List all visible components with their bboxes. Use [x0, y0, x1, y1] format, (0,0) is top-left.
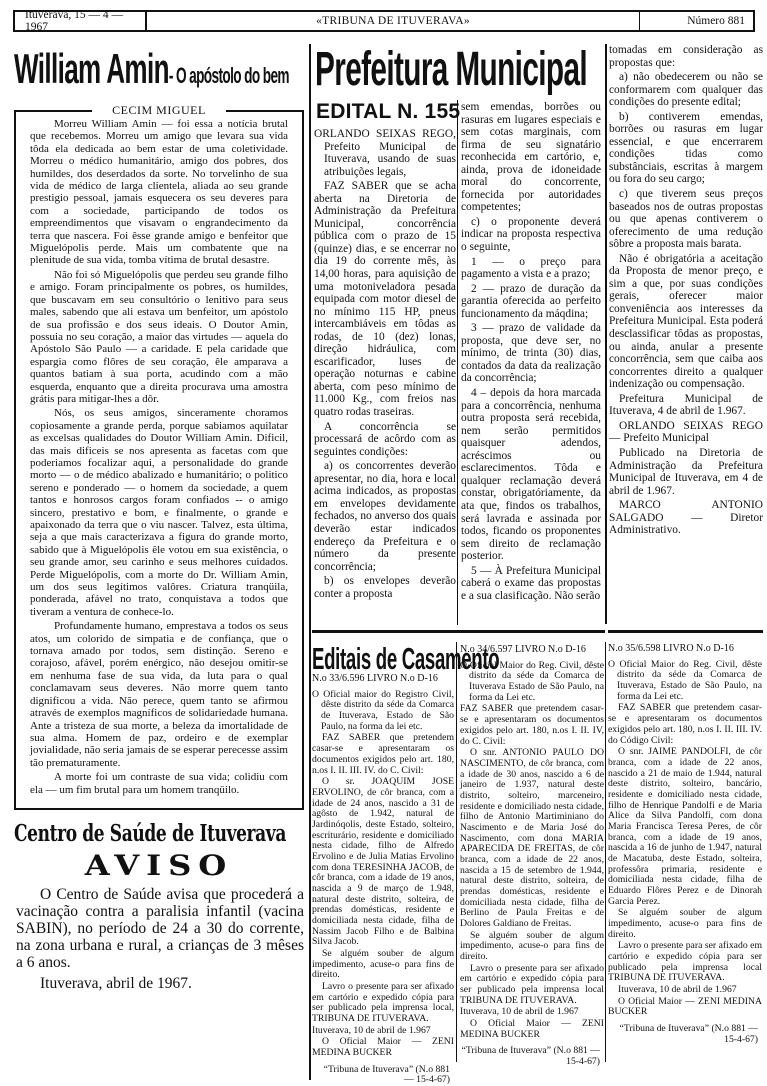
health-notice-body: O Centro de Saúde avisa que procederá a … [16, 886, 304, 971]
notice-date: Ituverava, 10 de abril de 1.967 [460, 1007, 604, 1018]
column-divider [605, 44, 607, 624]
health-notice-signoff: Ituverava, abril de 1967. [16, 975, 304, 992]
edital-paragraph: sem emendas, borrões ou rasuras em lugar… [461, 101, 601, 214]
notice-paragraph: O snr. ANTONIO PAULO DO NASCIMENTO, de c… [460, 748, 604, 929]
marriage-notice: N.o 33/6.596 LIVRO N.o D-16 O Oficial ma… [312, 674, 454, 1086]
notice-paragraph: Lavro o presente para ser afixado em car… [608, 941, 762, 984]
edital-paragraph: 1 — o preço para pagamento a vista e a p… [461, 256, 601, 281]
byline-rule-left [14, 110, 92, 112]
obituary-body: Morreu William Amin — foi essa a notícia… [14, 112, 304, 810]
author-name: CECIM MIGUEL [92, 103, 226, 118]
edital-column-1: ORLANDO SEIXAS REGO, Prefeito Municipal … [314, 128, 456, 602]
edital-paragraph: a) não obedecerem ou não se conformarem … [609, 71, 763, 109]
notice-paragraph: Se alguém souber de algum impedimento, a… [312, 949, 454, 981]
masthead: Ituverava, 15 — 4 — 1967 «TRIBUNA DE ITU… [13, 10, 755, 32]
edital-paragraph: a) os concorrentes deverão apresentar, n… [314, 460, 456, 573]
byline-rule-right [226, 110, 304, 112]
health-notice-title: Centro de Saúde de Ituverava [14, 820, 229, 847]
edital-paragraph: FAZ SABER que se acha aberta na Diretori… [314, 180, 456, 418]
edital-paragraph: A concorrência se processará de acôrdo c… [314, 421, 456, 459]
column-divider [605, 642, 606, 1062]
issue-number: Número 881 [639, 12, 753, 30]
edital-paragraph: c) que tiverem seus preços baseados nos … [609, 188, 763, 251]
edital-signature: ORLANDO SEIXAS REGO — Prefeito Municipal [609, 420, 763, 445]
edital-paragraph: b) contiverem emendas, borrões ou rasura… [609, 111, 763, 186]
edital-column-3: tomadas em consideração as propostas que… [609, 44, 763, 539]
notice-signature: O Oficial Maior — ZENI MEDINA BUCKER [460, 1019, 604, 1040]
edital-paragraph: 5 — À Prefeitura Municipal caberá o exam… [461, 565, 601, 603]
notice-header: N.o 34/6.597 LIVRO N.o D-16 [460, 645, 604, 656]
obituary-paragraph: Nós, os seus amigos, sinceramente choram… [30, 407, 288, 618]
notice-paragraph: O Oficial Maior do Reg. Civil, dêste dis… [460, 661, 604, 704]
marriage-notice: N.o 34/6.597 LIVRO N.o D-16 O Oficial Ma… [460, 645, 604, 1069]
obituary-paragraph: Não foi só Miguelópolis que perdeu seu g… [30, 269, 288, 405]
edital-paragraph: c) o proponente deverá indicar na propos… [461, 216, 601, 254]
notice-signature: O Oficial Maior — ZENI MEDINA BUCKER [608, 997, 762, 1018]
edital-paragraph: 4 – depois da hora marcada para a concor… [461, 387, 601, 563]
obituary-paragraph: A morte foi um contraste de sua vida; co… [30, 771, 288, 796]
obituary-paragraph: Profundamente humano, emprestava a todos… [30, 620, 288, 769]
edital-paragraph: Prefeitura Municipal de Ituverava, 4 de … [609, 393, 763, 418]
edital-paragraph: Publicado na Diretoria de Administração … [609, 447, 763, 497]
notice-header: N.o 35/6.598 LIVRO N.o D-16 [608, 644, 762, 655]
edital-column-2: sem emendas, borrões ou rasuras em lugar… [461, 101, 601, 604]
notice-paragraph: Se alguém souber de algum impedimento, a… [460, 931, 604, 963]
notice-paragraph: FAZ SABER que pretendem casar-se e apres… [312, 733, 454, 776]
edital-paragraph: b) os envelopes deverão conter a propost… [314, 575, 456, 600]
notice-paragraph: FAZ SABER que pretendem casar-se e apres… [460, 704, 604, 747]
health-notice: Centro de Saúde de Ituverava AVISO O Cen… [14, 820, 304, 992]
notice-paragraph: Lavro o presente para ser afixado em car… [460, 964, 604, 1007]
notice-source: “Tribuna de Ituverava” (N.o 881 — 15-4-6… [460, 1046, 604, 1067]
edital-paragraph: 3 — prazo de validade da proposta, que d… [461, 322, 601, 385]
edital-paragraph: 2 — prazo de duração da garantia ofereci… [461, 283, 601, 321]
notice-header: N.o 33/6.596 LIVRO N.o D-16 [312, 674, 454, 685]
notice-paragraph: O sr. JOAQUIM JOSE ERVOLINO, de côr bran… [312, 777, 454, 948]
notice-source: “Tribuna de Ituverava” (N.o 881 — 15-4-6… [608, 1024, 762, 1045]
marriage-notice: N.o 35/6.598 LIVRO N.o D-16 O Oficial Ma… [608, 644, 762, 1046]
obituary-paragraph: Morreu William Amin — foi essa a notícia… [30, 118, 288, 267]
notice-paragraph: O Oficial Maior do Reg. Civil, dêste dis… [608, 660, 762, 703]
section-divider [608, 630, 763, 633]
obituary-article: William Amin- O apóstolo do bem CECIM MI… [14, 46, 304, 992]
edital-title: EDITAL N. 155 [316, 100, 460, 124]
prefeitura-headline: Prefeitura Municipal [315, 44, 587, 96]
column-divider [309, 44, 311, 1080]
notice-paragraph: O Oficial maior do Registro Civil, dêste… [312, 690, 454, 733]
notice-date: Ituverava, 10 de abril de 1.967 [312, 1026, 454, 1037]
notice-paragraph: Se alguém souber de algum impedimento, a… [608, 908, 762, 940]
section-divider [312, 630, 605, 633]
edital-signature: MARCO ANTONIO SALGADO — Diretor Administ… [609, 499, 763, 537]
notice-paragraph: Lavro o presente para ser afixado em car… [312, 982, 454, 1025]
notice-paragraph: O snr. JAIME PANDOLFI, de côr branca, co… [608, 747, 762, 907]
issue-date: Ituverava, 15 — 4 — 1967 [15, 12, 147, 30]
notice-paragraph: FAZ SABER que pretendem casar-se e apres… [608, 703, 762, 746]
notice-signature: O Oficial Maior — ZENI MEDINA BUCKER [312, 1037, 454, 1058]
edital-paragraph: tomadas em consideração as propostas que… [609, 44, 763, 69]
notice-date: Ituverava, 10 de abril de 1.967 [608, 985, 762, 996]
notice-label: AVISO [0, 849, 326, 882]
column-divider [457, 100, 458, 625]
newspaper-name: «TRIBUNA DE ITUVERAVA» [147, 15, 639, 27]
edital-paragraph: ORLANDO SEIXAS REGO, Prefeito Municipal … [314, 128, 456, 178]
obituary-headline: William Amin- O apóstolo do bem [14, 46, 194, 99]
notice-source: “Tribuna de Ituverava” (N.o 881 — 15-4-6… [312, 1065, 454, 1086]
column-divider [456, 642, 457, 1062]
edital-paragraph: Não é obrigatória a aceitação da Propost… [609, 253, 763, 391]
